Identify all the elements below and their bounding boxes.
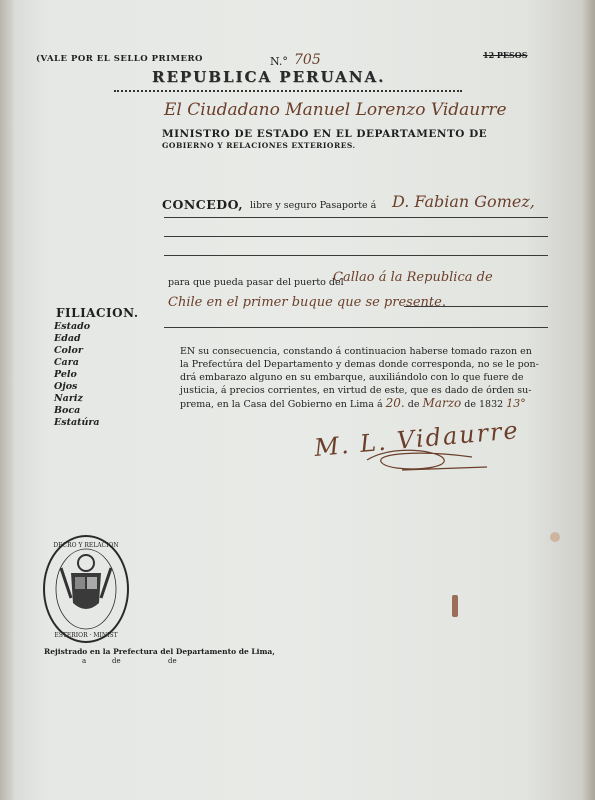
signature-flourish [362,445,492,475]
bearer-name: D. Fabian Gomez, [392,192,535,211]
body-line-5: prema, en la Casa del Gobierno en Lima á… [180,397,526,411]
filiacion-nariz: Nariz [54,393,83,404]
issuer-role-line1: MINISTRO DE ESTADO EN EL DEPARTAMENTO DE [162,128,487,140]
filiacion-cara: Cara [54,357,79,368]
date-year-suffix: 13° [506,397,526,410]
seal-top-text: DECRO Y RELACION [53,542,118,549]
right-page-edge [582,0,595,800]
form-line [404,306,548,307]
form-line [164,236,548,237]
route-handwritten-line2: Chile en el primer buque que se presente… [168,295,446,310]
form-line [164,327,548,328]
seal-bottom-text: ESTERIOR · MINIST [54,632,117,639]
route-handwritten-line1: Callao á la Republica de [333,270,493,285]
price-struck: 12 PESOS [483,50,528,60]
left-page-edge [0,0,14,800]
stamp-note: (VALE POR EL SELLO PRIMERO [36,54,203,64]
route-printed: para que pueda pasar del puerto del [168,277,344,288]
body-line-2: la Prefectúra del Departamento y demas d… [180,358,539,371]
grant-text: libre y seguro Pasaporte á [250,200,376,211]
ministry-seal-icon: DECRO Y RELACION ESTERIOR · MINIST [41,533,131,645]
body-line-3: drá embarazo alguno en su embarque, auxi… [180,371,524,384]
ink-mark [452,595,458,617]
title-divider [114,90,462,95]
passport-document: (VALE POR EL SELLO PRIMERO 12 PESOS N.° … [14,0,582,800]
page-title: REPUBLICA PERUANA. [152,68,385,86]
issuer-name: El Ciudadano Manuel Lorenzo Vidaurre [164,100,507,120]
filiacion-estatura: Estatúra [54,417,100,428]
concedo-label: CONCEDO, [162,197,243,212]
number-value: 705 [294,52,321,68]
filiacion-ojos: Ojos [54,381,77,392]
registration-line1: Rejistrado en la Prefectura del Departam… [44,647,275,656]
body-last-prefix: prema, en la Casa del Gobierno en Lima á [180,399,383,410]
filiacion-estado: Estado [54,321,90,332]
date-month: Marzo [423,396,462,410]
registration-de1: de [112,657,121,665]
registration-a: a [82,657,86,665]
form-line [164,217,548,218]
form-line [164,255,548,256]
registration-de2: de [168,657,177,665]
filiacion-pelo: Pelo [54,369,77,380]
filiacion-color: Color [54,345,83,356]
stain [550,532,560,542]
filiacion-title: FILIACION. [56,306,139,320]
issuer-role-line2: GOBIERNO Y RELACIONES EXTERIORES. [162,141,356,150]
body-line-4: justicia, á precios corrientes, en virtu… [180,384,531,397]
date-de1: de [408,399,420,410]
date-year: de 1832 [464,399,503,410]
filiacion-boca: Boca [54,405,80,416]
number-label: N.° [270,55,288,68]
filiacion-edad: Edad [54,333,81,344]
body-line-1: EN su consecuencia, constando á continua… [180,345,532,358]
date-day: 20. [386,396,405,410]
